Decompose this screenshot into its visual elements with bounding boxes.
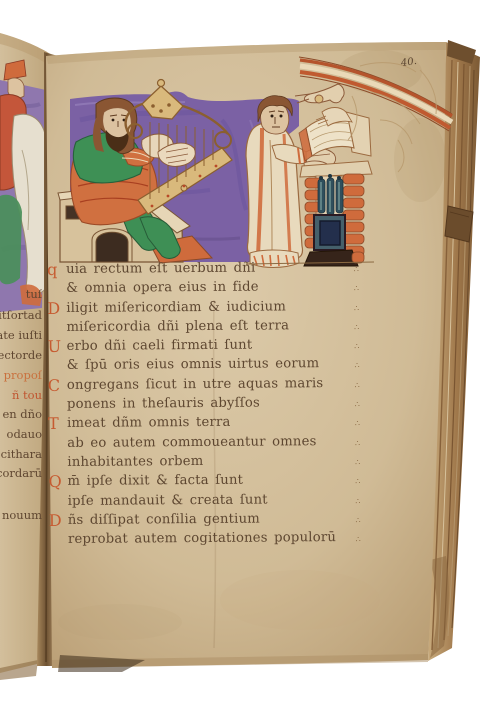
verse-text: reprobat autem cogitationes populorū xyxy=(68,530,336,547)
verse-text: inhabitantes orbem xyxy=(67,454,203,470)
verse-text: erbo dñi caeli firmati ſunt xyxy=(67,338,253,354)
verse-text: imeat dñm omnis terra xyxy=(67,415,231,431)
psalm-line: Uerbo dñi caeli firmati ſunt∴ xyxy=(46,337,352,358)
margin-mark: ∴ xyxy=(354,361,359,370)
margin-mark: ∴ xyxy=(355,381,360,390)
verse-text: uia rectum eſt uerbum dñi xyxy=(66,261,255,277)
manuscript-photo: 40. tuſ ño meditſortad tate iuſti rector… xyxy=(0,0,500,707)
text-fragment: um nouum xyxy=(0,508,42,524)
verse-text: ñs diſſipat conſilia gentium xyxy=(68,511,260,527)
left-page-text-fragments: tuſ ño meditſortad tate iuſti rectorde p… xyxy=(0,0,46,707)
psalm-line: quia rectum eſt uerbum dñi∴ xyxy=(45,260,351,281)
psalm-line: inhabitantes orbem∴ xyxy=(46,453,352,474)
psalm-text-block: quia rectum eſt uerbum dñi∴ & omnia oper… xyxy=(45,260,353,552)
psalm-line: Dñs diſſipat conſilia gentium∴ xyxy=(47,511,353,532)
psalm-line: Congregans ſicut in utre aquas maris∴ xyxy=(46,376,352,397)
margin-mark: ∴ xyxy=(354,342,359,351)
psalm-line: ipſe mandauit & creata ſunt∴ xyxy=(47,491,353,512)
psalm-line: Timeat dñm omnis terra∴ xyxy=(46,414,352,435)
margin-mark: ∴ xyxy=(354,303,359,312)
psalm-line: & omnia opera eius in fide∴ xyxy=(45,279,351,300)
psalm-line: ab eo autem commoueantur omnes∴ xyxy=(46,434,352,455)
margin-mark: ∴ xyxy=(355,496,360,505)
altar-lectern xyxy=(299,108,372,267)
verse-text: miſericordia dñi plena eſt terra xyxy=(66,318,289,335)
verse-text: & omnia opera eius in fide xyxy=(66,280,259,296)
text-fragment: ño meditſortad xyxy=(0,308,42,324)
verse-text: ipſe mandauit & creata ſunt xyxy=(68,492,268,508)
verse-text: ongregans ſicut in utre aquas maris xyxy=(67,376,324,393)
altar-bricks-right xyxy=(343,174,364,256)
psalm-line: miſericordia dñi plena eſt terra∴ xyxy=(45,318,351,339)
verse-initial: D xyxy=(47,299,60,318)
verse-text: & ſpū oris eius omnis uirtus eorum xyxy=(67,357,320,374)
verse-initial: D xyxy=(49,511,62,530)
margin-mark: ∴ xyxy=(355,439,360,448)
verse-text: ponens in theſauris abyſſos xyxy=(67,396,260,412)
verse-initial: q xyxy=(47,260,58,279)
text-fragment: en dño xyxy=(0,407,42,423)
altar-pipes xyxy=(318,174,343,215)
margin-mark: ∴ xyxy=(354,284,359,293)
text-fragment: rectorde xyxy=(0,348,42,364)
verse-text: iligit miſericordiam & iudicium xyxy=(66,299,286,316)
margin-mark: ∴ xyxy=(355,400,360,409)
margin-mark: ∴ xyxy=(356,535,361,544)
psalm-line: reprobat autem cogitationes populorū∴ xyxy=(47,530,353,551)
text-fragment: propoſ xyxy=(0,368,42,384)
psalm-line: ponens in theſauris abyſſos∴ xyxy=(46,395,352,416)
verse-initial: Q xyxy=(48,472,61,491)
margin-mark: ∴ xyxy=(355,516,360,525)
verse-text: ab eo autem commoueantur omnes xyxy=(67,434,316,451)
margin-mark: ∴ xyxy=(355,419,360,428)
margin-mark: ∴ xyxy=(354,265,359,274)
text-fragment: ñ tou xyxy=(0,388,42,404)
psalm-line: Diligit miſericordiam & iudicium∴ xyxy=(45,299,351,320)
psalm-line: & ſpū oris eius omnis uirtus eorum∴ xyxy=(46,356,352,377)
folio-number: 40. xyxy=(400,56,417,69)
margin-mark: ∴ xyxy=(355,477,360,486)
verse-initial: U xyxy=(48,337,62,356)
text-fragment: in cithara xyxy=(0,447,42,463)
text-fragment: odauo xyxy=(0,427,42,443)
margin-mark: ∴ xyxy=(354,323,359,332)
verse-initial: C xyxy=(48,376,61,395)
text-fragment: tuſ xyxy=(0,287,42,303)
margin-mark: ∴ xyxy=(355,458,360,467)
psalm-line: Qm̄ ipſe dixit & facta ſunt∴ xyxy=(46,472,352,493)
text-fragment: tate iuſti xyxy=(0,328,42,344)
verse-text: m̄ ipſe dixit & facta ſunt xyxy=(67,473,243,489)
text-fragment: cordarū xyxy=(0,466,42,482)
bookmark-tab xyxy=(445,206,473,242)
verse-initial: T xyxy=(48,414,59,433)
